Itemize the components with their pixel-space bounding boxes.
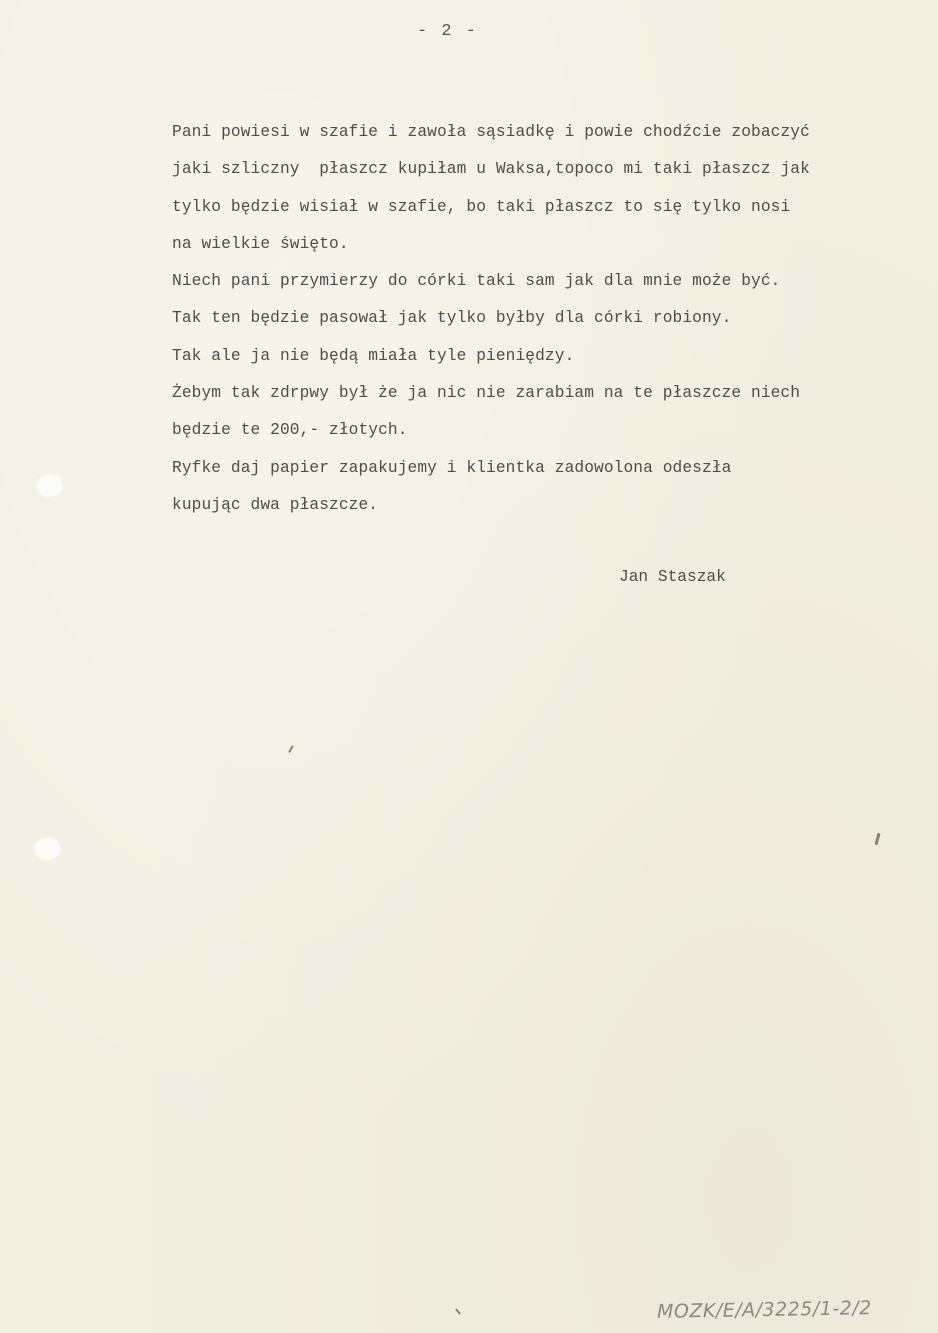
text-line: będzie te 200,- złotych. — [172, 412, 932, 449]
paper-speck — [874, 833, 880, 845]
text-line: Niech pani przymierzy do córki taki sam … — [172, 263, 932, 300]
text-line: tylko będzie wisiał w szafie, bo taki pł… — [172, 189, 932, 226]
document-page: - 2 - Pani powiesi w szafie i zawoła sąs… — [0, 0, 938, 1333]
text-line: Tak ale ja nie będą miała tyle pieniędzy… — [172, 338, 932, 375]
paper-speck — [288, 745, 294, 753]
punch-hole — [35, 473, 63, 497]
typed-body-text: Pani powiesi w szafie i zawoła sąsiadkę … — [172, 114, 932, 524]
author-signature: Jan Staszak — [619, 568, 726, 586]
text-line: jaki szliczny płaszcz kupiłam u Waksa,to… — [172, 151, 932, 188]
text-line: Żebym tak zdrpwy był że ja nic nie zarab… — [172, 375, 932, 412]
text-line: Ryfke daj papier zapakujemy i klientka z… — [172, 450, 932, 487]
paper-speck — [455, 1308, 461, 1315]
page-number: - 2 - — [417, 22, 478, 41]
text-line: kupując dwa płaszcze. — [172, 487, 932, 524]
punch-hole — [33, 836, 61, 860]
text-line: Tak ten będzie pasował jak tylko byłby d… — [172, 300, 932, 337]
text-line: na wielkie święto. — [172, 226, 932, 263]
text-line: Pani powiesi w szafie i zawoła sąsiadkę … — [172, 114, 932, 151]
archive-reference-mark: MOZK/E/A/3225/1-2/2 — [657, 1297, 872, 1323]
